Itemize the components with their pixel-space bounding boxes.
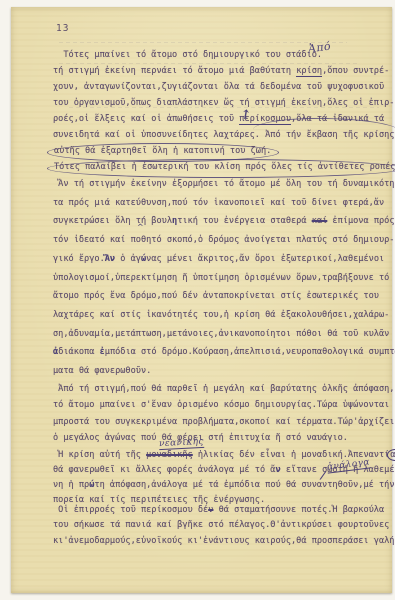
scan-artifact-line — [69, 107, 379, 108]
insertion-slash-mark: / — [320, 469, 326, 482]
handwritten-note: Ἀπό — [307, 39, 332, 55]
handwritten-note: νεανικῆς — [159, 437, 204, 450]
handwritten-note: ^ — [137, 223, 144, 232]
scan-artifact-line — [59, 42, 347, 43]
scan-background: { "page": { "number": "13", "background_… — [0, 0, 395, 600]
paper-sheet: 13 Τότες μπαίνει τό ἄτομο στό δημιουργικ… — [11, 7, 392, 593]
scan-artifact-line — [59, 63, 359, 64]
pen-arc-stroke — [253, 117, 395, 133]
insertion-arrow-icon: ↑ — [239, 107, 252, 124]
annotations-layer: Ἀπό↑^νεανικῆςἀνάλογα/ — [11, 7, 392, 593]
handwritten-note: ἀνάλογα — [326, 457, 370, 473]
